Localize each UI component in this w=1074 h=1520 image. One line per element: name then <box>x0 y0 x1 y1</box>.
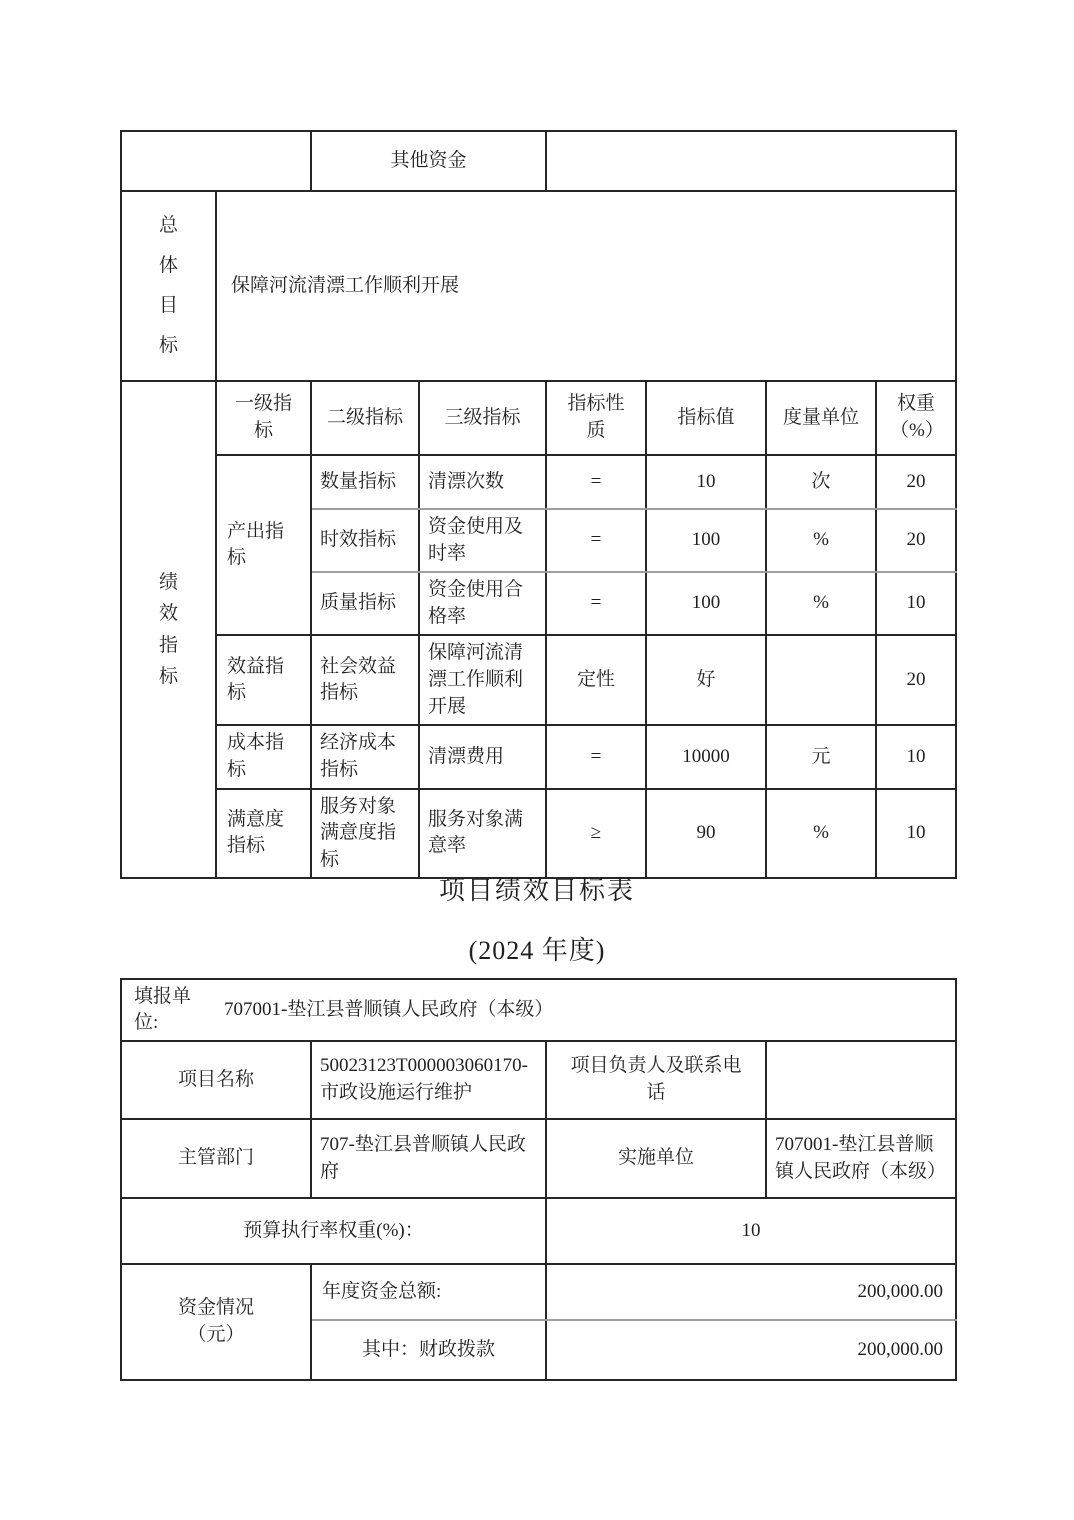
weight-cell: 10 <box>876 789 956 879</box>
level3-cell: 资金使用合格率 <box>419 572 546 635</box>
level3-cell: 资金使用及时率 <box>419 509 546 572</box>
other-funds-value-cell <box>546 131 956 191</box>
level2-cell: 服务对象满意度指标 <box>311 789 419 879</box>
level3-cell: 清漂费用 <box>419 725 546 788</box>
leader-value-cell <box>766 1041 956 1119</box>
value-cell: 10000 <box>646 725 766 788</box>
blank-cell <box>121 131 311 191</box>
level1-cell: 产出指标 <box>216 455 311 635</box>
page-title: 项目绩效目标表 <box>0 870 1074 907</box>
impl-value-cell: 707001-垫江县普顺镇人民政府（本级） <box>766 1119 956 1198</box>
budget-rate-row: 预算执行率权重(%)： 10 <box>121 1198 956 1264</box>
fill-unit-cell: 填报单位: 707001-垫江县普顺镇人民政府（本级） <box>121 979 956 1041</box>
value-cell: 好 <box>646 635 766 725</box>
document-page: 其他资金 总体目标 保障河流清漂工作顺利开展 绩效指标 一级指标 二级指标 三级… <box>0 0 1074 1520</box>
fill-unit-value: 707001-垫江县普顺镇人民政府（本级） <box>224 997 553 1024</box>
level3-cell: 服务对象满意率 <box>419 789 546 879</box>
value-cell: 100 <box>646 509 766 572</box>
weight-cell: 10 <box>876 572 956 635</box>
level1-cell: 满意度指标 <box>216 789 311 879</box>
budget-rate-value-cell: 10 <box>546 1198 956 1264</box>
overall-goal-label-cell: 总体目标 <box>121 191 216 381</box>
fill-unit-wrap: 填报单位: 707001-垫江县普顺镇人民政府（本级） <box>132 984 945 1035</box>
project-name-value-cell: 50023123T000003060170-市政设施运行维护 <box>311 1041 546 1119</box>
indicator-row-satisfaction: 满意度指标 服务对象满意度指标 服务对象满意率 ≥ 90 % 10 <box>121 789 956 879</box>
nature-cell: ≥ <box>546 789 646 879</box>
weight-cell: 20 <box>876 635 956 725</box>
nature-cell: 定性 <box>546 635 646 725</box>
weight-cell: 20 <box>876 509 956 572</box>
other-funds-label-cell: 其他资金 <box>311 131 546 191</box>
header-value-cell: 指标值 <box>646 381 766 455</box>
leader-label-cell: 项目负责人及联系电话 <box>546 1041 766 1119</box>
level2-cell: 质量指标 <box>311 572 419 635</box>
dept-row: 主管部门 707-垫江县普顺镇人民政府 实施单位 707001-垫江县普顺镇人民… <box>121 1119 956 1198</box>
unit-cell: 元 <box>766 725 876 788</box>
unit-cell: % <box>766 509 876 572</box>
level3-cell: 清漂次数 <box>419 455 546 509</box>
funds-total-row: 资金情况（元） 年度资金总额: 200,000.00 <box>121 1264 956 1320</box>
unit-cell: % <box>766 572 876 635</box>
fill-unit-row: 填报单位: 707001-垫江县普顺镇人民政府（本级） <box>121 979 956 1041</box>
level2-cell: 经济成本指标 <box>311 725 419 788</box>
level3-cell: 保障河流清漂工作顺利开展 <box>419 635 546 725</box>
other-funds-row: 其他资金 <box>121 131 956 191</box>
unit-cell: % <box>766 789 876 879</box>
level1-cell: 成本指标 <box>216 725 311 788</box>
indicator-header-row: 绩效指标 一级指标 二级指标 三级指标 指标性质 指标值 度量单位 权重（%） <box>121 381 956 455</box>
unit-cell: 次 <box>766 455 876 509</box>
overall-goal-text-cell: 保障河流清漂工作顺利开展 <box>216 191 956 381</box>
overall-goal-label: 总体目标 <box>158 206 179 366</box>
project-name-row: 项目名称 50023123T000003060170-市政设施运行维护 项目负责… <box>121 1041 956 1119</box>
level2-cell: 数量指标 <box>311 455 419 509</box>
value-cell: 90 <box>646 789 766 879</box>
header-level2-cell: 二级指标 <box>311 381 419 455</box>
header-nature-cell: 指标性质 <box>546 381 646 455</box>
header-unit-cell: 度量单位 <box>766 381 876 455</box>
nature-cell: = <box>546 725 646 788</box>
project-name-label-cell: 项目名称 <box>121 1041 311 1119</box>
weight-cell: 10 <box>876 725 956 788</box>
indicator-row-quantity: 产出指标 数量指标 清漂次数 = 10 次 20 <box>121 455 956 509</box>
header-weight-cell: 权重（%） <box>876 381 956 455</box>
funds-fiscal-label-cell: 其中：财政拨款 <box>311 1320 546 1380</box>
unit-cell <box>766 635 876 725</box>
performance-side-label-cell: 绩效指标 <box>121 381 216 878</box>
budget-rate-label-cell: 预算执行率权重(%)： <box>121 1198 546 1264</box>
funds-fiscal-value-cell: 200,000.00 <box>546 1320 956 1380</box>
weight-cell: 20 <box>876 455 956 509</box>
fill-unit-label: 填报单位: <box>134 984 200 1035</box>
indicator-row-benefit: 效益指标 社会效益指标 保障河流清漂工作顺利开展 定性 好 20 <box>121 635 956 725</box>
dept-label-cell: 主管部门 <box>121 1119 311 1198</box>
funds-total-value-cell: 200,000.00 <box>546 1264 956 1320</box>
performance-indicator-table: 其他资金 总体目标 保障河流清漂工作顺利开展 绩效指标 一级指标 二级指标 三级… <box>120 130 957 879</box>
level2-cell: 社会效益指标 <box>311 635 419 725</box>
header-level1-cell: 一级指标 <box>216 381 311 455</box>
nature-cell: = <box>546 455 646 509</box>
nature-cell: = <box>546 509 646 572</box>
overall-goal-row: 总体目标 保障河流清漂工作顺利开展 <box>121 191 956 381</box>
funds-total-label-cell: 年度资金总额: <box>311 1264 546 1320</box>
funds-label: 资金情况（元） <box>174 1295 258 1348</box>
project-info-table: 填报单位: 707001-垫江县普顺镇人民政府（本级） 项目名称 5002312… <box>120 978 957 1381</box>
value-cell: 10 <box>646 455 766 509</box>
indicator-row-cost: 成本指标 经济成本指标 清漂费用 = 10000 元 10 <box>121 725 956 788</box>
nature-cell: = <box>546 572 646 635</box>
performance-side-label: 绩效指标 <box>158 567 179 692</box>
dept-value-cell: 707-垫江县普顺镇人民政府 <box>311 1119 546 1198</box>
page-title-year: (2024 年度) <box>0 930 1074 967</box>
value-cell: 100 <box>646 572 766 635</box>
level2-cell: 时效指标 <box>311 509 419 572</box>
level1-cell: 效益指标 <box>216 635 311 725</box>
funds-label-cell: 资金情况（元） <box>121 1264 311 1380</box>
header-level3-cell: 三级指标 <box>419 381 546 455</box>
impl-label-cell: 实施单位 <box>546 1119 766 1198</box>
